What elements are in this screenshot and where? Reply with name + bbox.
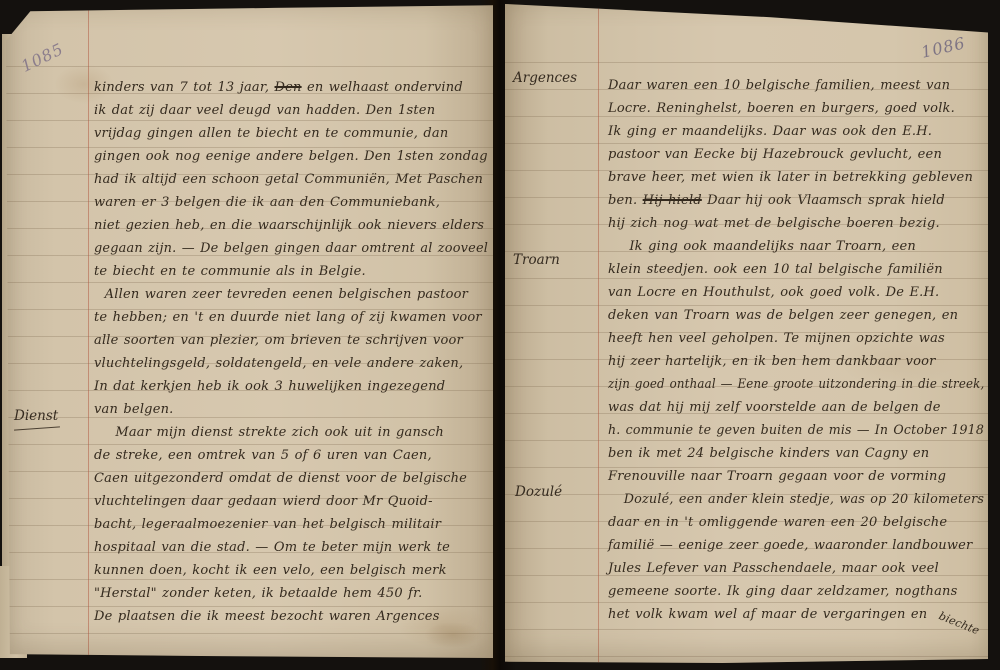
handwriting-line: bacht, legeraalmoezenier van het belgisc… (94, 513, 488, 536)
handwriting-line: Daar waren een 10 belgische familien, me… (608, 74, 984, 97)
handwriting-segment: hospitaal van die stad. — Om te beter mi… (94, 540, 450, 555)
handwriting-line: kinders van 7 tot 13 jaar, Den en welhaa… (94, 76, 488, 99)
handwriting-line: waren er 3 belgen die ik aan den Communi… (94, 191, 488, 214)
handwriting-segment: Ik ging er maandelijks. Daar was ook den… (608, 124, 932, 139)
handwriting-line: ben ik met 24 belgische kinders van Cagn… (608, 442, 984, 465)
handwriting-line: ben. Hij hield Daar hij ook Vlaamsch spr… (608, 189, 984, 212)
handwriting-segment: kinders van 7 tot 13 jaar, (94, 80, 275, 95)
margin-note-dienst: Dienst (14, 408, 60, 429)
handwriting-segment: hij zich nog wat met de belgische boeren… (608, 216, 940, 231)
handwriting-line: deken van Troarn was de belgen zeer gene… (608, 304, 984, 327)
handwriting-line: alle soorten van plezier, om brieven te … (94, 329, 488, 352)
handwriting-segment: De plaatsen die ik meest bezocht waren A… (94, 609, 440, 624)
handwriting-line: vluchtelingen daar gedaan wierd door Mr … (94, 490, 488, 513)
handwritten-text-right: Daar waren een 10 belgische familien, me… (608, 74, 984, 626)
handwriting-line: Maar mijn dienst strekte zich ook uit in… (94, 421, 488, 444)
handwriting-segment: klein steedjen. ook een 10 tal belgische… (608, 262, 943, 277)
handwriting-line: Locre. Reninghelst, boeren en burgers, g… (608, 97, 984, 120)
handwriting-line: familië — eenige zeer goede, waaronder l… (608, 534, 984, 557)
handwriting-segment: heeft hen veel geholpen. Te mijnen opzic… (608, 331, 945, 346)
margin-note-dozule: Dozulé (515, 484, 562, 500)
handwriting-segment: vluchtelingen daar gedaan wierd door Mr … (94, 494, 433, 509)
handwriting-segment: Daar waren een 10 belgische familien, me… (608, 78, 950, 93)
handwriting-segment: gegaan zijn. — De belgen gingen daar omt… (94, 241, 488, 256)
handwriting-segment: Locre. Reninghelst, boeren en burgers, g… (608, 101, 955, 116)
handwriting-segment: Ik ging ook maandelijks naar Troarn, een (608, 239, 916, 254)
handwriting-segment: Jules Lefever van Passchendaele, maar oo… (608, 561, 939, 576)
handwriting-line: Caen uitgezonderd omdat de dienst voor d… (94, 467, 488, 490)
handwriting-segment: kunnen doen, kocht ik een velo, een belg… (94, 563, 447, 578)
handwriting-line: daar en in 't omliggende waren een 20 be… (608, 511, 984, 534)
handwriting-segment: te biecht en te communie als in Belgie. (94, 264, 366, 279)
handwriting-line: brave heer, met wien ik later in betrekk… (608, 166, 984, 189)
handwriting-segment: Maar mijn dienst strekte zich ook uit in… (94, 425, 444, 440)
handwriting-segment: gingen ook nog eenige andere belgen. Den… (94, 149, 488, 164)
handwriting-segment: waren er 3 belgen die ik aan den Communi… (94, 195, 440, 210)
handwriting-segment: "Herstal" zonder keten, ik betaalde hem … (94, 586, 423, 601)
handwriting-segment: Caen uitgezonderd omdat de dienst voor d… (94, 471, 467, 486)
handwriting-line: gegaan zijn. — De belgen gingen daar omt… (94, 237, 484, 260)
notebook-photo: 1085 Dienst kinders van 7 tot 13 jaar, D… (0, 0, 1000, 670)
handwriting-segment: familië — eenige zeer goede, waaronder l… (608, 538, 972, 553)
handwriting-line: h. communie te geven buiten de mis — In … (608, 419, 971, 442)
struck-word: Hij hield (643, 193, 702, 208)
handwriting-segment: pastoor van Eecke bij Hazebrouck gevluch… (608, 147, 942, 162)
handwriting-segment: hij zeer hartelijk, en ik ben hem dankba… (608, 354, 936, 369)
handwriting-line: hospitaal van die stad. — Om te beter mi… (94, 536, 488, 559)
handwriting-segment: Frenouville naar Troarn gegaan voor de v… (608, 469, 946, 484)
handwriting-line: vluchtelingsgeld, soldatengeld, en vele … (94, 352, 488, 375)
handwriting-line: klein steedjen. ook een 10 tal belgische… (608, 258, 984, 281)
handwriting-line: Jules Lefever van Passchendaele, maar oo… (608, 557, 984, 580)
handwriting-segment: was dat hij mij zelf voorstelde aan de b… (608, 400, 941, 415)
handwriting-segment: ben. (608, 193, 643, 208)
handwriting-segment: te hebben; en 't en duurde niet lang of … (94, 310, 482, 325)
handwriting-line: hij zich nog wat met de belgische boeren… (608, 212, 984, 235)
handwriting-line: De plaatsen die ik meest bezocht waren A… (94, 605, 488, 628)
handwriting-segment: van Locre en Houthulst, ook goed volk. D… (608, 285, 939, 300)
handwriting-segment: en welhaast ondervind (302, 80, 463, 95)
handwriting-segment: daar en in 't omliggende waren een 20 be… (608, 515, 947, 530)
handwriting-line: niet gezien heb, en die waarschijnlijk o… (94, 214, 488, 237)
left-page: 1085 Dienst kinders van 7 tot 13 jaar, D… (6, 4, 493, 658)
handwriting-segment: zijn goed onthaal — Eene groote uitzonde… (608, 377, 984, 392)
handwriting-line: had ik altijd een schoon getal Communiën… (94, 168, 488, 191)
handwriting-line: In dat kerkjen heb ik ook 3 huwelijken i… (94, 375, 488, 398)
handwriting-segment: gemeene soorte. Ik ging daar zeldzamer, … (608, 584, 957, 599)
handwriting-segment: had ik altijd een schoon getal Communiën… (94, 172, 483, 187)
struck-word: Den (275, 80, 302, 95)
handwriting-segment: brave heer, met wien ik later in betrekk… (608, 170, 973, 185)
handwriting-line: pastoor van Eecke bij Hazebrouck gevluch… (608, 143, 984, 166)
handwriting-line: hij zeer hartelijk, en ik ben hem dankba… (608, 350, 984, 373)
handwriting-line: het volk kwam wel af maar de vergaringen… (608, 603, 984, 626)
handwriting-line: ik dat zij daar veel deugd van hadden. D… (94, 99, 488, 122)
handwriting-line: van Locre en Houthulst, ook goed volk. D… (608, 281, 984, 304)
margin-rule-line (598, 0, 599, 663)
handwriting-segment: Dozulé, een ander klein stedje, was op 2… (608, 492, 984, 507)
margin-rule-line (88, 4, 89, 658)
handwriting-line: "Herstal" zonder keten, ik betaalde hem … (94, 582, 488, 605)
handwriting-segment: Allen waren zeer tevreden eenen belgisch… (94, 287, 468, 302)
handwriting-segment: ik dat zij daar veel deugd van hadden. D… (94, 103, 435, 118)
handwriting-line: kunnen doen, kocht ik een velo, een belg… (94, 559, 488, 582)
handwriting-line: de streke, een omtrek van 5 of 6 uren va… (94, 444, 488, 467)
handwriting-line: Ik ging er maandelijks. Daar was ook den… (608, 120, 984, 143)
handwriting-line: Frenouville naar Troarn gegaan voor de v… (608, 465, 984, 488)
handwriting-line: gemeene soorte. Ik ging daar zeldzamer, … (608, 580, 984, 603)
handwriting-line: te hebben; en 't en duurde niet lang of … (94, 306, 488, 329)
handwriting-segment: het volk kwam wel af maar de vergaringen… (608, 607, 933, 622)
handwriting-line: heeft hen veel geholpen. Te mijnen opzic… (608, 327, 984, 350)
handwriting-line: zijn goed onthaal — Eene groote uitzonde… (608, 373, 949, 396)
handwriting-segment: deken van Troarn was de belgen zeer gene… (608, 308, 958, 323)
handwriting-segment: vluchtelingsgeld, soldatengeld, en vele … (94, 356, 463, 371)
margin-note-argences: Argences (513, 70, 577, 86)
handwriting-line: Allen waren zeer tevreden eenen belgisch… (94, 283, 488, 306)
handwriting-segment: h. communie te geven buiten de mis — In … (608, 423, 984, 438)
handwriting-line: was dat hij mij zelf voorstelde aan de b… (608, 396, 984, 419)
handwriting-segment: In dat kerkjen heb ik ook 3 huwelijken i… (94, 379, 445, 394)
margin-note-troarn: Troarn (513, 252, 560, 268)
handwriting-segment: ben ik met 24 belgische kinders van Cagn… (608, 446, 929, 461)
handwriting-segment: Daar hij ook Vlaamsch sprak hield (702, 193, 945, 208)
handwritten-text-left: kinders van 7 tot 13 jaar, Den en welhaa… (94, 76, 488, 628)
handwriting-segment: bacht, legeraalmoezenier van het belgisc… (94, 517, 441, 532)
handwriting-line: te biecht en te communie als in Belgie. (94, 260, 488, 283)
handwriting-segment: alle soorten van plezier, om brieven te … (94, 333, 463, 348)
handwriting-segment: van belgen. (94, 402, 174, 417)
handwriting-segment: de streke, een omtrek van 5 of 6 uren va… (94, 448, 432, 463)
handwriting-line: Dozulé, een ander klein stedje, was op 2… (608, 488, 977, 511)
right-page: 1086 Argences Troarn Dozulé Daar waren e… (505, 0, 988, 663)
handwriting-segment: niet gezien heb, en die waarschijnlijk o… (94, 218, 484, 233)
handwriting-line: vrijdag gingen allen te biecht en te com… (94, 122, 488, 145)
handwriting-line: gingen ook nog eenige andere belgen. Den… (94, 145, 488, 168)
handwriting-line: Ik ging ook maandelijks naar Troarn, een (608, 235, 984, 258)
handwriting-segment: vrijdag gingen allen te biecht en te com… (94, 126, 448, 141)
margin-note-label: Dienst (14, 408, 58, 424)
handwriting-line: van belgen. (94, 398, 488, 421)
